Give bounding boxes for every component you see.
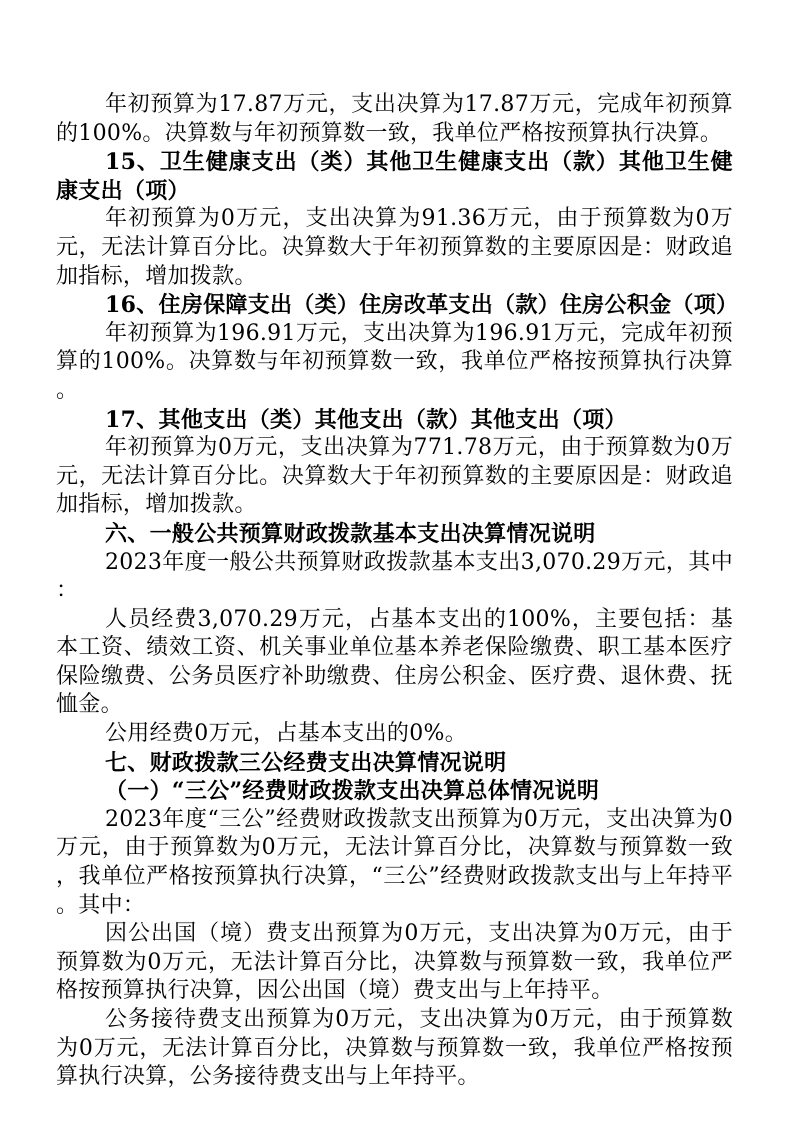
- para-personnel-expense-detail: 人员经费3,070.29万元，占基本支出的100%，主要包括：基本工资、绩效工资…: [56, 606, 733, 720]
- para-overseas-trip-expense: 因公出国（境）费支出预算为0万元，支出决算为0万元，由于预算数为0万元，无法计算…: [56, 920, 733, 1006]
- para-item-15-detail: 年初预算为0万元，支出决算为91.36万元，由于预算数为0万元，无法计算百分比。…: [56, 205, 733, 291]
- heading-section-7-three-public-funds: 七、财政拨款三公经费支出决算情况说明: [56, 749, 733, 778]
- heading-item-16-housing-security: 16、住房保障支出（类）住房改革支出（款）住房公积金（项）: [56, 291, 733, 320]
- heading-item-17-other-expenditure: 17、其他支出（类）其他支出（款）其他支出（项）: [56, 406, 733, 435]
- para-item14-continuation: 年初预算为17.87万元，支出决算为17.87万元，完成年初预算的100%。决算…: [56, 91, 733, 148]
- para-public-expense-detail: 公用经费0万元，占基本支出的0%。: [56, 720, 733, 749]
- document-page: 年初预算为17.87万元，支出决算为17.87万元，完成年初预算的100%。决算…: [0, 0, 793, 1122]
- para-official-reception-expense: 公务接待费支出预算为0万元，支出决算为0万元，由于预算数为0万元，无法计算百分比…: [56, 1006, 733, 1092]
- heading-section-6-basic-expenditure: 六、一般公共预算财政拨款基本支出决算情况说明: [56, 520, 733, 549]
- para-item-17-detail: 年初预算为0万元，支出决算为771.78万元，由于预算数为0万元，无法计算百分比…: [56, 434, 733, 520]
- para-item-16-detail: 年初预算为196.91万元，支出决算为196.91万元，完成年初预算的100%。…: [56, 320, 733, 406]
- para-basic-expenditure-total: 2023年度一般公共预算财政拨款基本支出3,070.29万元，其中：: [56, 549, 733, 606]
- heading-subsection-7-1-overview: （一）“三公”经费财政拨款支出决算总体情况说明: [56, 777, 733, 806]
- para-three-public-overview: 2023年度“三公”经费财政拨款支出预算为0万元，支出决算为0万元，由于预算数为…: [56, 806, 733, 920]
- heading-item-15-health-expenditure: 15、卫生健康支出（类）其他卫生健康支出（款）其他卫生健康支出（项）: [56, 148, 733, 205]
